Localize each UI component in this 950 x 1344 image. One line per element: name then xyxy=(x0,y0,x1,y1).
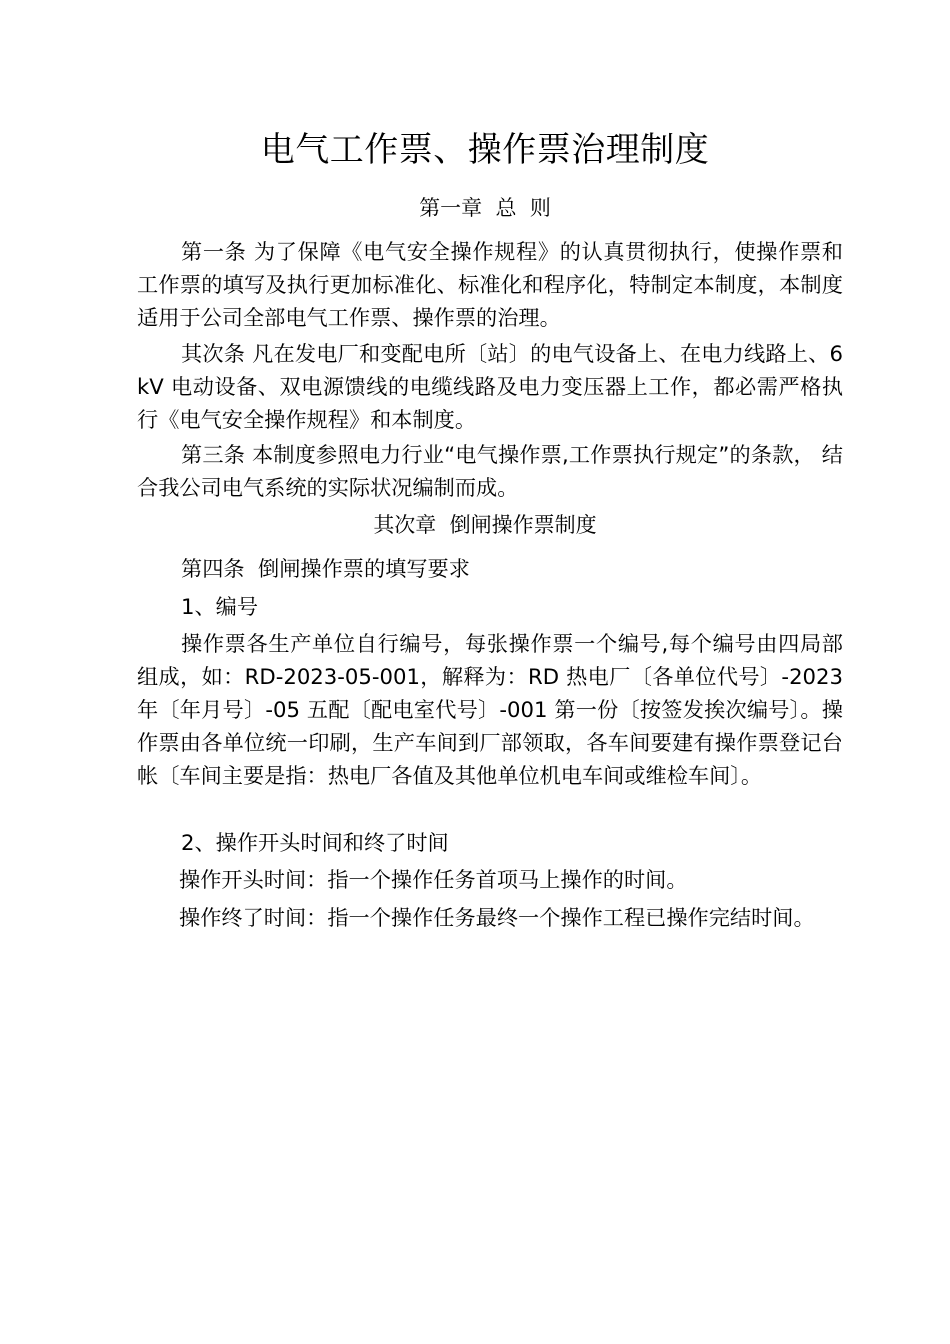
item-2-start-time: 操作开头时间：指一个操作任务首项马上操作的时间。 xyxy=(179,863,688,896)
chapter-2-heading: 其次章 倒闸操作票制度 xyxy=(137,510,833,540)
chapter-1-heading: 第一章 总 则 xyxy=(137,193,833,223)
article-3: 第三条 本制度参照电力行业“电气操作票,工作票执行规定”的条款， 结合我公司电气… xyxy=(137,438,843,504)
article-4-heading: 第四条 倒闸操作票的填写要求 xyxy=(181,552,470,585)
item-1-heading: 1、编号 xyxy=(181,590,258,623)
item-1-body: 操作票各生产单位自行编号，每张操作票一个编号,每个编号由四局部组成，如：RD-2… xyxy=(137,627,843,792)
article-1: 第一条 为了保障《电气安全操作规程》的认真贯彻执行，使操作票和工作票的填写及执行… xyxy=(137,235,843,334)
document-title: 电气工作票、操作票治理制度 xyxy=(137,128,833,172)
item-2-end-time: 操作终了时间：指一个操作任务最终一个操作工程已操作完结时间。 xyxy=(179,901,815,934)
item-2-heading: 2、操作开头时间和终了时间 xyxy=(181,826,449,859)
article-2: 其次条 凡在发电厂和变配电所〔站〕的电气设备上、在电力线路上、6kV 电动设备、… xyxy=(137,337,843,436)
